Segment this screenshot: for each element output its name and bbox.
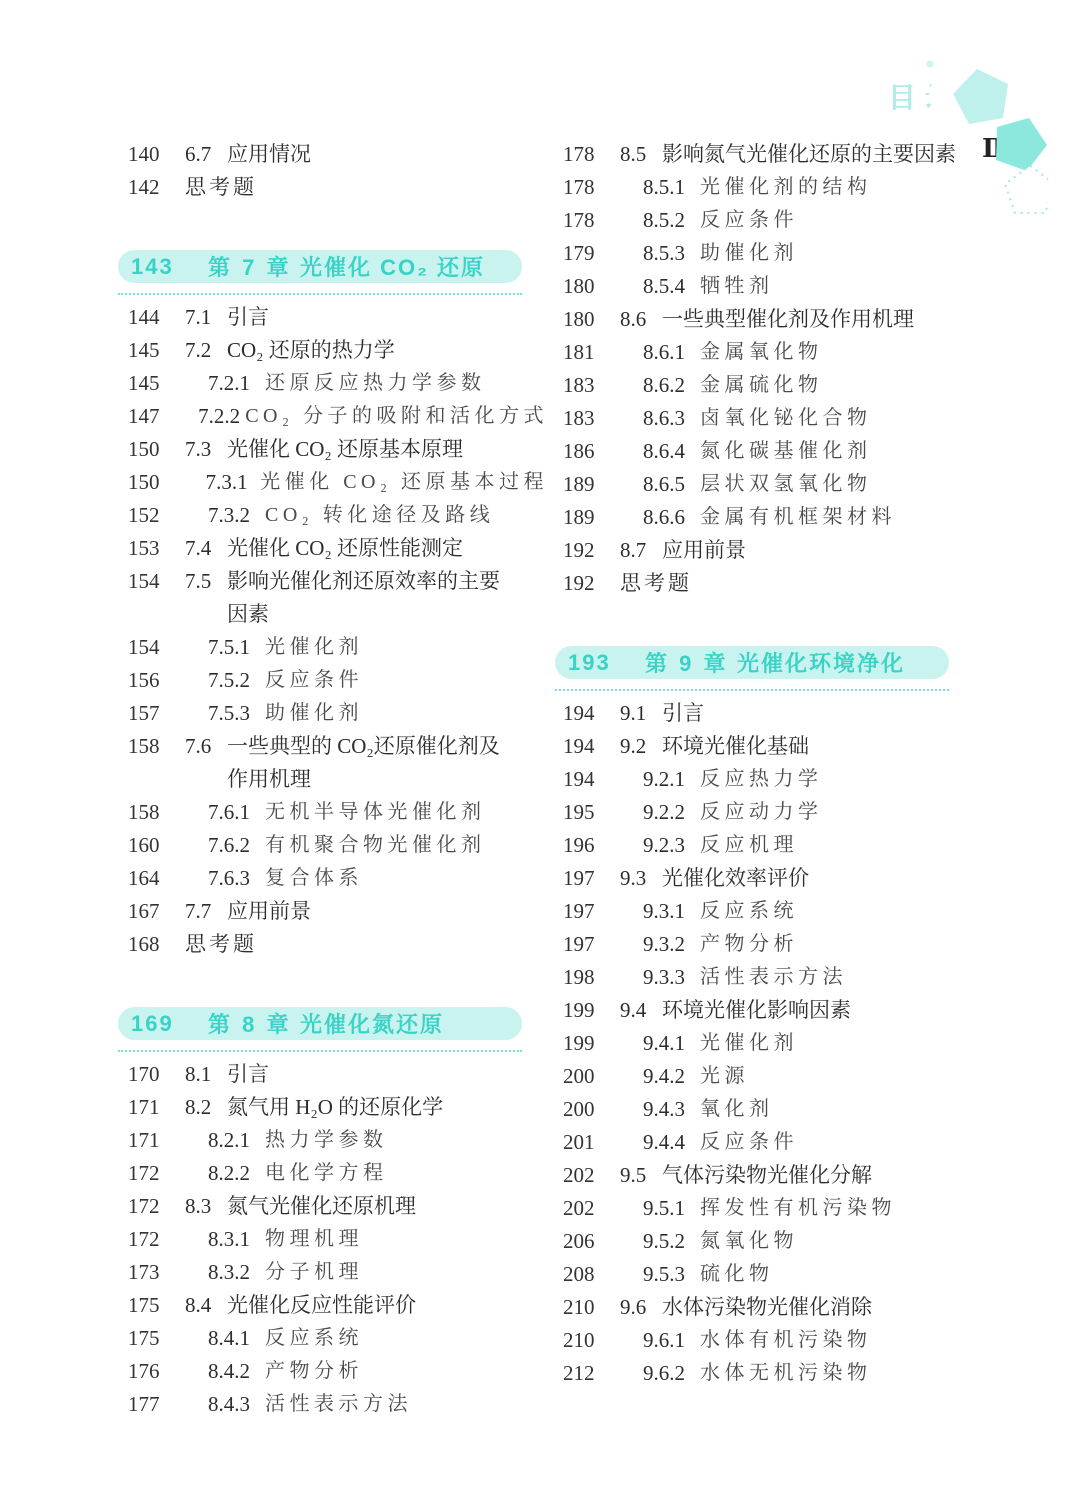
entry-title: 物理机理 bbox=[265, 1223, 363, 1256]
entry-page-number: 172 bbox=[128, 1223, 185, 1256]
toc-row: 1677.7应用前景 bbox=[128, 895, 548, 928]
entry-title-wrap: 活性表示方法 bbox=[265, 1388, 412, 1421]
entry-number: 9.2 bbox=[620, 730, 662, 763]
toc-row: 1547.5影响光催化剂还原效率的主要因素 bbox=[128, 565, 548, 631]
toc-row: 1406.7应用情况 bbox=[128, 138, 548, 171]
entry-title: 光催化反应性能评价 bbox=[227, 1289, 416, 1322]
entry-title: 反应系统 bbox=[700, 895, 798, 928]
entry-title-wrap: 水体无机污染物 bbox=[700, 1357, 872, 1390]
entry-number: 8.6.2 bbox=[643, 369, 700, 402]
entry-page-number: 158 bbox=[128, 730, 185, 796]
toc-row: 2089.5.3硫化物 bbox=[563, 1258, 983, 1291]
entry-page-number: 180 bbox=[563, 270, 620, 303]
toc-row: 1547.5.1光催化剂 bbox=[128, 631, 548, 664]
entry-title-wrap: 分子机理 bbox=[265, 1256, 363, 1289]
entry-number: 9.1 bbox=[620, 697, 662, 730]
entry-title-wrap: 反应系统 bbox=[265, 1322, 363, 1355]
entry-page-number: 154 bbox=[128, 631, 185, 664]
toc-row: 1989.3.3活性表示方法 bbox=[563, 961, 983, 994]
toc-row: 1949.1引言 bbox=[563, 697, 983, 730]
entry-number: 8.5.2 bbox=[643, 204, 700, 237]
entry-number: 9.5 bbox=[620, 1159, 662, 1192]
entry-number: 9.2.1 bbox=[643, 763, 700, 796]
entry-title-wrap: 引言 bbox=[227, 1058, 269, 1091]
entry-title-wrap: 牺牲剂 bbox=[700, 270, 774, 303]
entry-title: 金属氧化物 bbox=[700, 336, 823, 369]
entry-title: 反应条件 bbox=[700, 1126, 798, 1159]
entry-page-number: 176 bbox=[128, 1355, 185, 1388]
entry-title: 硫化物 bbox=[700, 1258, 774, 1291]
entry-page-number: 202 bbox=[563, 1159, 620, 1192]
toc-right-column: 1788.5影响氮气光催化还原的主要因素1788.5.1光催化剂的结构1788.… bbox=[563, 138, 983, 1390]
toc-row: 1868.6.4氮化碳基催化剂 bbox=[563, 435, 983, 468]
entry-page-number: 189 bbox=[563, 501, 620, 534]
entry-title-wrap: 环境光催化影响因素 bbox=[662, 994, 851, 1027]
entry-title-wrap: 挥发性有机污染物 bbox=[700, 1192, 896, 1225]
entry-title-wrap: 光催化 CO₂ 还原基本过程 bbox=[260, 466, 548, 499]
entry-number: 9.3 bbox=[620, 862, 662, 895]
entry-title-wrap: 活性表示方法 bbox=[700, 961, 847, 994]
entry-number: 7.7 bbox=[185, 895, 227, 928]
toc-row: 1607.6.2有机聚合物光催化剂 bbox=[128, 829, 548, 862]
entry-title: 应用前景 bbox=[227, 895, 311, 928]
entry-title: 反应热力学 bbox=[700, 763, 823, 796]
entry-number: 9.5.2 bbox=[643, 1225, 700, 1258]
entry-title-wrap: 光催化效率评价 bbox=[662, 862, 809, 895]
entry-page-number: 180 bbox=[563, 303, 620, 336]
chapter-page-number: 143 bbox=[131, 254, 208, 280]
toc-row: 1567.5.2反应条件 bbox=[128, 664, 548, 697]
entry-page-number: 197 bbox=[563, 862, 620, 895]
entry-title: 氧化剂 bbox=[700, 1093, 774, 1126]
entry-title: 水体有机污染物 bbox=[700, 1324, 872, 1357]
entry-page-number: 178 bbox=[563, 204, 620, 237]
toc-row: 1999.4环境光催化影响因素 bbox=[563, 994, 983, 1027]
entry-title: 反应条件 bbox=[700, 204, 798, 237]
toc-row: 2069.5.2氮氧化物 bbox=[563, 1225, 983, 1258]
toc-row: 1758.4.1反应系统 bbox=[128, 1322, 548, 1355]
entry-number: 7.6.2 bbox=[208, 829, 265, 862]
entry-number: 8.6 bbox=[620, 303, 662, 336]
entry-number: 9.3.2 bbox=[643, 928, 700, 961]
toc-row: 1728.3氮气光催化还原机理 bbox=[128, 1190, 548, 1223]
entry-title-wrap: 硫化物 bbox=[700, 1258, 774, 1291]
chapter-number: 第 7 章 bbox=[208, 251, 300, 282]
toc-row: 1798.5.3助催化剂 bbox=[563, 237, 983, 270]
entry-number: 7.5.1 bbox=[208, 631, 265, 664]
entry-title-wrap: 卤氧化铋化合物 bbox=[700, 402, 872, 435]
entry-title-wrap: 金属有机框架材料 bbox=[700, 501, 896, 534]
entry-number: 9.2.2 bbox=[643, 796, 700, 829]
toc-row: 1728.2.2电化学方程 bbox=[128, 1157, 548, 1190]
entry-title: 环境光催化基础 bbox=[662, 730, 809, 763]
toc-row: 1768.4.2产物分析 bbox=[128, 1355, 548, 1388]
entry-title: 电化学方程 bbox=[265, 1157, 388, 1190]
entry-number: 9.5.1 bbox=[643, 1192, 700, 1225]
toc-row: 1758.4光催化反应性能评价 bbox=[128, 1289, 548, 1322]
entry-title: 思考题 bbox=[185, 928, 257, 961]
chapter-title: 光催化 CO₂ 还原 bbox=[300, 251, 485, 282]
entry-page-number: 140 bbox=[128, 138, 185, 171]
entry-number: 8.1 bbox=[185, 1058, 227, 1091]
entry-number: 8.6.5 bbox=[643, 468, 700, 501]
toc-row: 1808.6一些典型催化剂及作用机理 bbox=[563, 303, 983, 336]
entry-page-number: 145 bbox=[128, 334, 185, 367]
toc-row: 1708.1引言 bbox=[128, 1058, 548, 1091]
entry-title: 层状双氢氧化物 bbox=[700, 468, 872, 501]
toc-row: 192思考题 bbox=[563, 567, 983, 600]
entry-title: 产物分析 bbox=[700, 928, 798, 961]
entry-title: 牺牲剂 bbox=[700, 270, 774, 303]
entry-title-wrap: 思考题 bbox=[185, 928, 257, 961]
pentagon-cluster-icon bbox=[878, 56, 1048, 226]
entry-number: 7.3 bbox=[185, 433, 227, 466]
entry-title-wrap: 产物分析 bbox=[700, 928, 798, 961]
entry-title-wrap: 金属氧化物 bbox=[700, 336, 823, 369]
entry-page-number: 208 bbox=[563, 1258, 620, 1291]
entry-page-number: 202 bbox=[563, 1192, 620, 1225]
entry-number: 9.6.1 bbox=[643, 1324, 700, 1357]
toc-row: 168思考题 bbox=[128, 928, 548, 961]
entry-title: 有机聚合物光催化剂 bbox=[265, 829, 486, 862]
entry-number: 9.6 bbox=[620, 1291, 662, 1324]
entry-title: 光催化剂 bbox=[700, 1027, 798, 1060]
chapter-pill: 169第 8 章光催化氮还原 bbox=[118, 1007, 522, 1040]
entry-page-number: 197 bbox=[563, 895, 620, 928]
toc-row: 1587.6一些典型的 CO₂还原催化剂及作用机理 bbox=[128, 730, 548, 796]
toc-row: 1738.3.2分子机理 bbox=[128, 1256, 548, 1289]
entry-number: 8.6.1 bbox=[643, 336, 700, 369]
entry-number: 8.3.1 bbox=[208, 1223, 265, 1256]
entry-title: 环境光催化影响因素 bbox=[662, 994, 851, 1027]
entry-number: 7.3.1 bbox=[206, 466, 261, 499]
entry-title-wrap: 光催化剂 bbox=[265, 631, 363, 664]
entry-number: 7.6 bbox=[185, 730, 227, 796]
toc-row: 2029.5气体污染物光催化分解 bbox=[563, 1159, 983, 1192]
toc-row: 1949.2环境光催化基础 bbox=[563, 730, 983, 763]
entry-number: 9.6.2 bbox=[643, 1357, 700, 1390]
entry-page-number: 192 bbox=[563, 534, 620, 567]
entry-page-number: 167 bbox=[128, 895, 185, 928]
entry-title-wrap: 一些典型催化剂及作用机理 bbox=[662, 303, 914, 336]
entry-page-number: 150 bbox=[128, 433, 185, 466]
entry-title: 水体无机污染物 bbox=[700, 1357, 872, 1390]
entry-title-wrap: 助催化剂 bbox=[700, 237, 798, 270]
entry-title-wrap: 水体有机污染物 bbox=[700, 1324, 872, 1357]
chapter-number: 第 8 章 bbox=[208, 1008, 300, 1039]
entry-page-number: 194 bbox=[563, 730, 620, 763]
entry-title-wrap: 氮气光催化还原机理 bbox=[227, 1190, 416, 1223]
toc-row: 1728.3.1物理机理 bbox=[128, 1223, 548, 1256]
toc-row: 2019.4.4反应条件 bbox=[563, 1126, 983, 1159]
entry-number: 9.4.4 bbox=[643, 1126, 700, 1159]
toc-row: 1979.3光催化效率评价 bbox=[563, 862, 983, 895]
entry-title-wrap: 影响光催化剂还原效率的主要因素 bbox=[227, 565, 500, 631]
chapter-page-number: 169 bbox=[131, 1011, 208, 1037]
entry-page-number: 200 bbox=[563, 1060, 620, 1093]
entry-title: 一些典型的 CO₂还原催化剂及 bbox=[227, 730, 500, 763]
entry-number: 7.3.2 bbox=[208, 499, 265, 532]
entry-title: 金属有机框架材料 bbox=[700, 501, 896, 534]
toc-row: 1457.2CO₂ 还原的热力学 bbox=[128, 334, 548, 367]
entry-page-number: 200 bbox=[563, 1093, 620, 1126]
entry-page-number: 179 bbox=[563, 237, 620, 270]
entry-title: 一些典型催化剂及作用机理 bbox=[662, 303, 914, 336]
entry-number: 7.6.1 bbox=[208, 796, 265, 829]
entry-number: 8.2 bbox=[185, 1091, 227, 1124]
entry-number: 9.4.2 bbox=[643, 1060, 700, 1093]
entry-title: 活性表示方法 bbox=[700, 961, 847, 994]
entry-number: 9.4.1 bbox=[643, 1027, 700, 1060]
entry-title-wrap: 反应机理 bbox=[700, 829, 798, 862]
entry-page-number: 172 bbox=[128, 1157, 185, 1190]
toc-row: 2109.6水体污染物光催化消除 bbox=[563, 1291, 983, 1324]
toc-row: 2009.4.3氧化剂 bbox=[563, 1093, 983, 1126]
entry-title: 助催化剂 bbox=[700, 237, 798, 270]
entry-title: 光催化剂的结构 bbox=[700, 171, 872, 204]
entry-page-number: 147 bbox=[128, 400, 175, 433]
entry-title-wrap: 反应条件 bbox=[700, 1126, 798, 1159]
entry-title-wrap: CO₂ 还原的热力学 bbox=[227, 334, 395, 367]
entry-page-number: 171 bbox=[128, 1124, 185, 1157]
entry-page-number: 175 bbox=[128, 1322, 185, 1355]
toc-row: 1818.6.1金属氧化物 bbox=[563, 336, 983, 369]
toc-row: 1808.5.4牺牲剂 bbox=[563, 270, 983, 303]
toc-row: 1537.4光催化 CO₂ 还原性能测定 bbox=[128, 532, 548, 565]
entry-number: 8.5.4 bbox=[643, 270, 700, 303]
entry-page-number: 183 bbox=[563, 369, 620, 402]
entry-title-wrap: 思考题 bbox=[185, 171, 257, 204]
entry-title: 卤氧化铋化合物 bbox=[700, 402, 872, 435]
toc-row: 1647.6.3复合体系 bbox=[128, 862, 548, 895]
entry-title-wrap: 氧化剂 bbox=[700, 1093, 774, 1126]
entry-page-number: 199 bbox=[563, 1027, 620, 1060]
entry-title: 光源 bbox=[700, 1060, 749, 1093]
entry-number: 8.3 bbox=[185, 1190, 227, 1223]
entry-title-wrap: 引言 bbox=[227, 301, 269, 334]
entry-title: 应用前景 bbox=[662, 534, 746, 567]
chapter-number: 第 9 章 bbox=[645, 647, 737, 678]
entry-number: 7.6.3 bbox=[208, 862, 265, 895]
entry-number: 8.6.6 bbox=[643, 501, 700, 534]
entry-number: 8.6.4 bbox=[643, 435, 700, 468]
entry-title: 氮气光催化还原机理 bbox=[227, 1190, 416, 1223]
entry-title: 氮氧化物 bbox=[700, 1225, 798, 1258]
entry-title: 反应系统 bbox=[265, 1322, 363, 1355]
toc-row: 1447.1引言 bbox=[128, 301, 548, 334]
entry-page-number: 173 bbox=[128, 1256, 185, 1289]
entry-number: 7.5.2 bbox=[208, 664, 265, 697]
entry-number: 7.5 bbox=[185, 565, 227, 631]
toc-row: 1959.2.2反应动力学 bbox=[563, 796, 983, 829]
toc-row: 1718.2氮气用 H₂O 的还原化学 bbox=[128, 1091, 548, 1124]
entry-number: 7.2 bbox=[185, 334, 227, 367]
entry-page-number: 194 bbox=[563, 697, 620, 730]
toc-row: 2129.6.2水体无机污染物 bbox=[563, 1357, 983, 1390]
toc-row: 1898.6.6金属有机框架材料 bbox=[563, 501, 983, 534]
entry-title: 光催化 CO₂ 还原性能测定 bbox=[227, 532, 463, 565]
entry-title: 分子机理 bbox=[265, 1256, 363, 1289]
entry-page-number: 181 bbox=[563, 336, 620, 369]
entry-title-wrap: 反应条件 bbox=[265, 664, 363, 697]
entry-title: 氮气用 H₂O 的还原化学 bbox=[227, 1091, 443, 1124]
entry-title-wrap: 应用前景 bbox=[662, 534, 746, 567]
entry-title-wrap: 光源 bbox=[700, 1060, 749, 1093]
entry-title-wrap: 水体污染物光催化消除 bbox=[662, 1291, 872, 1324]
entry-page-number: 152 bbox=[128, 499, 185, 532]
entry-title: 还原反应热力学参数 bbox=[265, 367, 486, 400]
entry-title: 影响光催化剂还原效率的主要 bbox=[227, 565, 500, 598]
entry-page-number: 172 bbox=[128, 1190, 185, 1223]
toc-row: 2009.4.2光源 bbox=[563, 1060, 983, 1093]
chapter-heading: 169第 8 章光催化氮还原 bbox=[118, 1007, 522, 1052]
toc-row: 1838.6.3卤氧化铋化合物 bbox=[563, 402, 983, 435]
entry-title: 助催化剂 bbox=[265, 697, 363, 730]
entry-number: 8.4.2 bbox=[208, 1355, 265, 1388]
entry-title-wrap: 一些典型的 CO₂还原催化剂及作用机理 bbox=[227, 730, 500, 796]
entry-title-wrap: 光催化剂 bbox=[700, 1027, 798, 1060]
entry-page-number: 210 bbox=[563, 1291, 620, 1324]
entry-title-wrap: 光催化剂的结构 bbox=[700, 171, 872, 204]
entry-title-wrap: CO₂ 转化途径及路线 bbox=[265, 499, 494, 532]
entry-title-wrap: 还原反应热力学参数 bbox=[265, 367, 486, 400]
entry-page-number: 142 bbox=[128, 171, 185, 204]
entry-page-number: 199 bbox=[563, 994, 620, 1027]
chapter-heading: 193第 9 章光催化环境净化 bbox=[555, 646, 949, 691]
entry-page-number: 177 bbox=[128, 1388, 185, 1421]
entry-number: 6.7 bbox=[185, 138, 227, 171]
entry-title: 无机半导体光催化剂 bbox=[265, 796, 486, 829]
entry-title: 复合体系 bbox=[265, 862, 363, 895]
entry-title: 金属硫化物 bbox=[700, 369, 823, 402]
toc-row: 1477.2.2CO₂ 分子的吸附和活化方式 bbox=[128, 400, 548, 433]
entry-title-wrap: 环境光催化基础 bbox=[662, 730, 809, 763]
entry-page-number: 164 bbox=[128, 862, 185, 895]
entry-title-wrap: 金属硫化物 bbox=[700, 369, 823, 402]
entry-title-wrap: 物理机理 bbox=[265, 1223, 363, 1256]
entry-page-number: 197 bbox=[563, 928, 620, 961]
entry-page-number: 201 bbox=[563, 1126, 620, 1159]
entry-number: 8.5 bbox=[620, 138, 662, 171]
entry-title-wrap: 有机聚合物光催化剂 bbox=[265, 829, 486, 862]
entry-number: 8.4.3 bbox=[208, 1388, 265, 1421]
entry-page-number: 144 bbox=[128, 301, 185, 334]
toc-row: 1457.2.1还原反应热力学参数 bbox=[128, 367, 548, 400]
entry-title: CO₂ 还原的热力学 bbox=[227, 334, 395, 367]
entry-number: 9.4.3 bbox=[643, 1093, 700, 1126]
toc-row: 1979.3.2产物分析 bbox=[563, 928, 983, 961]
toc-row: 1577.5.3助催化剂 bbox=[128, 697, 548, 730]
entry-title-wrap: 思考题 bbox=[620, 567, 692, 600]
toc-row: 142思考题 bbox=[128, 171, 548, 204]
entry-title: 反应动力学 bbox=[700, 796, 823, 829]
entry-title: 光催化剂 bbox=[265, 631, 363, 664]
entry-title-wrap: 光催化 CO₂ 还原基本原理 bbox=[227, 433, 463, 466]
entry-number: 8.7 bbox=[620, 534, 662, 567]
entry-title: 光催化 CO₂ 还原基本原理 bbox=[227, 433, 463, 466]
toc-row: 2029.5.1挥发性有机污染物 bbox=[563, 1192, 983, 1225]
toc-row: 1928.7应用前景 bbox=[563, 534, 983, 567]
entry-title-wrap: 电化学方程 bbox=[265, 1157, 388, 1190]
entry-page-number: 168 bbox=[128, 928, 185, 961]
entry-title: CO₂ 分子的吸附和活化方式 bbox=[245, 400, 548, 433]
toc-row: 1778.4.3活性表示方法 bbox=[128, 1388, 548, 1421]
toc-row: 1969.2.3反应机理 bbox=[563, 829, 983, 862]
entry-page-number: 194 bbox=[563, 763, 620, 796]
entry-title-wrap: 反应热力学 bbox=[700, 763, 823, 796]
entry-title-cont: 因素 bbox=[227, 598, 500, 631]
toc-page: 目录 Ⅲ 1406.7应用情况142思考题143第 7 章光催化 CO₂ 还原1… bbox=[0, 0, 1080, 1504]
entry-page-number: 210 bbox=[563, 1324, 620, 1357]
toc-row: 1587.6.1无机半导体光催化剂 bbox=[128, 796, 548, 829]
entry-page-number: 196 bbox=[563, 829, 620, 862]
entry-page-number: 183 bbox=[563, 402, 620, 435]
entry-page-number: 186 bbox=[563, 435, 620, 468]
entry-number: 7.4 bbox=[185, 532, 227, 565]
entry-title-wrap: 光催化反应性能评价 bbox=[227, 1289, 416, 1322]
entry-title: 思考题 bbox=[620, 567, 692, 600]
entry-page-number: 157 bbox=[128, 697, 185, 730]
toc-left-column: 1406.7应用情况142思考题143第 7 章光催化 CO₂ 还原1447.1… bbox=[128, 138, 548, 1421]
entry-page-number: 160 bbox=[128, 829, 185, 862]
entry-title-wrap: CO₂ 分子的吸附和活化方式 bbox=[245, 400, 548, 433]
entry-number: 8.2.1 bbox=[208, 1124, 265, 1157]
entry-page-number: 198 bbox=[563, 961, 620, 994]
chapter-pill: 143第 7 章光催化 CO₂ 还原 bbox=[118, 250, 522, 283]
entry-page-number: 145 bbox=[128, 367, 185, 400]
entry-title-wrap: 氮气用 H₂O 的还原化学 bbox=[227, 1091, 443, 1124]
entry-title: 水体污染物光催化消除 bbox=[662, 1291, 872, 1324]
entry-title-wrap: 助催化剂 bbox=[265, 697, 363, 730]
chapter-title: 光催化氮还原 bbox=[300, 1008, 444, 1039]
entry-number: 8.4 bbox=[185, 1289, 227, 1322]
entry-title-wrap: 气体污染物光催化分解 bbox=[662, 1159, 872, 1192]
entry-title-wrap: 热力学参数 bbox=[265, 1124, 388, 1157]
entry-title: 反应机理 bbox=[700, 829, 798, 862]
header-ornament: 目录 bbox=[878, 56, 1048, 226]
entry-page-number: 195 bbox=[563, 796, 620, 829]
toc-row: 2109.6.1水体有机污染物 bbox=[563, 1324, 983, 1357]
toc-row: 1718.2.1热力学参数 bbox=[128, 1124, 548, 1157]
entry-title-wrap: 反应条件 bbox=[700, 204, 798, 237]
entry-number: 9.3.3 bbox=[643, 961, 700, 994]
entry-number: 8.5.3 bbox=[643, 237, 700, 270]
entry-title-wrap: 光催化 CO₂ 还原性能测定 bbox=[227, 532, 463, 565]
entry-number: 7.2.2 bbox=[198, 400, 245, 433]
entry-title: 挥发性有机污染物 bbox=[700, 1192, 896, 1225]
entry-page-number: 171 bbox=[128, 1091, 185, 1124]
entry-number: 8.3.2 bbox=[208, 1256, 265, 1289]
entry-title: 应用情况 bbox=[227, 138, 311, 171]
entry-title: 引言 bbox=[227, 301, 269, 334]
toc-row: 1838.6.2金属硫化物 bbox=[563, 369, 983, 402]
entry-page-number: 189 bbox=[563, 468, 620, 501]
entry-title: 思考题 bbox=[185, 171, 257, 204]
entry-title: 引言 bbox=[662, 697, 704, 730]
entry-page-number: 192 bbox=[563, 567, 620, 600]
entry-number: 8.6.3 bbox=[643, 402, 700, 435]
chapter-heading: 143第 7 章光催化 CO₂ 还原 bbox=[118, 250, 522, 295]
entry-page-number: 170 bbox=[128, 1058, 185, 1091]
entry-page-number: 178 bbox=[563, 171, 620, 204]
toc-row: 1507.3光催化 CO₂ 还原基本原理 bbox=[128, 433, 548, 466]
entry-number: 7.1 bbox=[185, 301, 227, 334]
entry-title: 反应条件 bbox=[265, 664, 363, 697]
toc-row: 1898.6.5层状双氢氧化物 bbox=[563, 468, 983, 501]
entry-page-number: 154 bbox=[128, 565, 185, 631]
entry-number: 9.5.3 bbox=[643, 1258, 700, 1291]
entry-page-number: 156 bbox=[128, 664, 185, 697]
